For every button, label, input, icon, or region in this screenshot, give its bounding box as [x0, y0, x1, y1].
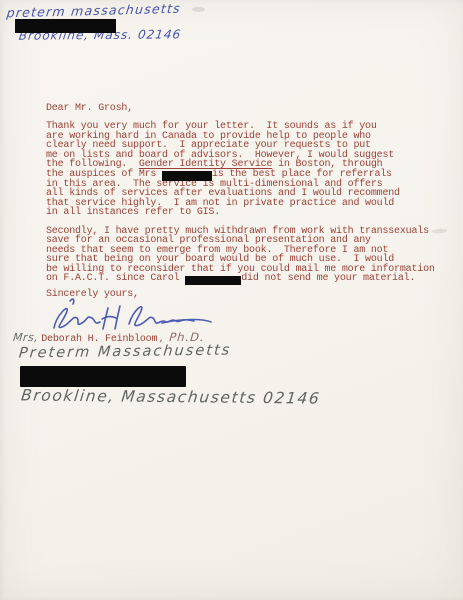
redaction-bar-bottom-address [20, 366, 186, 387]
scanned-letter-page: preterm massachusetts Brookline, Mass. 0… [0, 0, 463, 600]
redaction-bar-top-address [15, 19, 116, 33]
redaction-bar-inline [162, 171, 212, 181]
redaction-bar-inline [185, 276, 241, 286]
handwritten-annotation-bottom-1: Preterm Massachusetts [18, 343, 232, 362]
letter-salutation: Dear Mr. Grosh, [46, 104, 458, 114]
handwritten-annotation-top-1: preterm massachusetts [6, 1, 182, 21]
handwritten-annotation-bottom-2: Brookline, Massachusetts 02146 [20, 386, 321, 407]
letter-paragraph-2: Secondly, I have pretty much withdrawn f… [46, 227, 458, 285]
letter-body: Dear Mr. Grosh, Thank you very much for … [46, 104, 458, 299]
scan-smudge-mark [192, 7, 205, 12]
letter-paragraph-1: Thank you very much for your letter. It … [46, 122, 458, 218]
signature [42, 297, 214, 337]
handwritten-name-prefix: Mrs, [12, 331, 38, 344]
